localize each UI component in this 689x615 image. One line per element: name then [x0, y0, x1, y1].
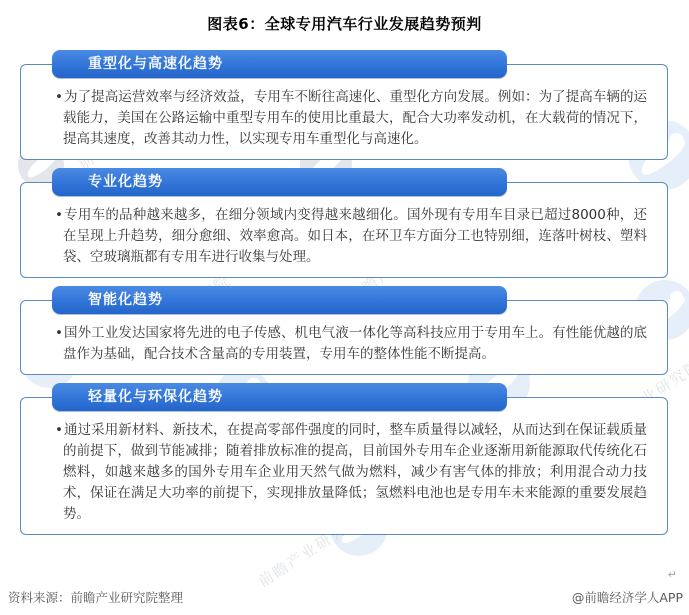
- section-specialization: 专业化趋势 •专用车的品种越来越多，在细分领域内变得越来越细化。国外现有专用车目…: [0, 168, 689, 278]
- section-body-text: •为了提高运营效率与经济效益，专用车不断往高速化、重型化方向发展。例如：为了提高…: [41, 87, 647, 150]
- footer: 资料来源：前瞻产业研究院整理 @前瞻经济学人APP: [0, 588, 689, 606]
- section-content-box: •为了提高运营效率与经济效益，专用车不断往高速化、重型化方向发展。例如：为了提高…: [20, 64, 668, 160]
- section-heavy-high-speed: 重型化与高速化趋势 •为了提高运营效率与经济效益，专用车不断往高速化、重型化方向…: [0, 50, 689, 160]
- section-heading-bar: 智能化趋势: [52, 286, 507, 314]
- section-body-text: •专用车的品种越来越多，在细分领域内变得越来越细化。国外现有专用车目录已超过80…: [41, 205, 647, 268]
- bullet-marker: •: [55, 325, 64, 341]
- section-body-text: •通过采用新材料、新技术，在提高零部件强度的同时，整车质量得以减轻，从而达到在保…: [41, 420, 647, 525]
- paragraph-return-mark: ↵: [668, 568, 677, 581]
- section-heading-bar: 专业化趋势: [52, 168, 507, 196]
- section-body: 国外工业发达国家将先进的电子传感、机电气液一体化等高科技应用于专用车上。有性能优…: [63, 325, 647, 362]
- section-intelligence: 智能化趋势 •国外工业发达国家将先进的电子传感、机电气液一体化等高科技应用于专用…: [0, 286, 689, 375]
- infographic-page: 前瞻产业研究院 前瞻产业研究院 前瞻产业研究院 前瞻产业研究院 前瞻产业研究院 …: [0, 0, 689, 615]
- section-heading-bar: 重型化与高速化趋势: [52, 50, 507, 78]
- section-body-text: •国外工业发达国家将先进的电子传感、机电气液一体化等高科技应用于专用车上。有性能…: [41, 323, 647, 365]
- section-lightweight-eco: 轻量化与环保化趋势 •通过采用新材料、新技术，在提高零部件强度的同时，整车质量得…: [0, 383, 689, 535]
- bullet-marker: •: [55, 207, 64, 223]
- section-body: 为了提高运营效率与经济效益，专用车不断往高速化、重型化方向发展。例如：为了提高车…: [63, 89, 647, 147]
- credit-label: @前瞻经济学人APP: [572, 588, 683, 606]
- bullet-marker: •: [55, 422, 64, 438]
- section-body: 通过采用新材料、新技术，在提高零部件强度的同时，整车质量得以减轻，从而达到在保证…: [63, 422, 647, 522]
- trend-sections: 重型化与高速化趋势 •为了提高运营效率与经济效益，专用车不断往高速化、重型化方向…: [0, 50, 689, 535]
- section-heading-bar: 轻量化与环保化趋势: [52, 383, 507, 411]
- page-title: 图表6：全球专用汽车行业发展趋势预判: [0, 0, 689, 34]
- section-content-box: •通过采用新材料、新技术，在提高零部件强度的同时，整车质量得以减轻，从而达到在保…: [20, 397, 668, 535]
- section-body: 专用车的品种越来越多，在细分领域内变得越来越细化。国外现有专用车目录已超过800…: [63, 207, 647, 265]
- section-content-box: •专用车的品种越来越多，在细分领域内变得越来越细化。国外现有专用车目录已超过80…: [20, 182, 668, 278]
- bullet-marker: •: [55, 89, 64, 105]
- data-source-label: 资料来源：前瞻产业研究院整理: [8, 588, 183, 606]
